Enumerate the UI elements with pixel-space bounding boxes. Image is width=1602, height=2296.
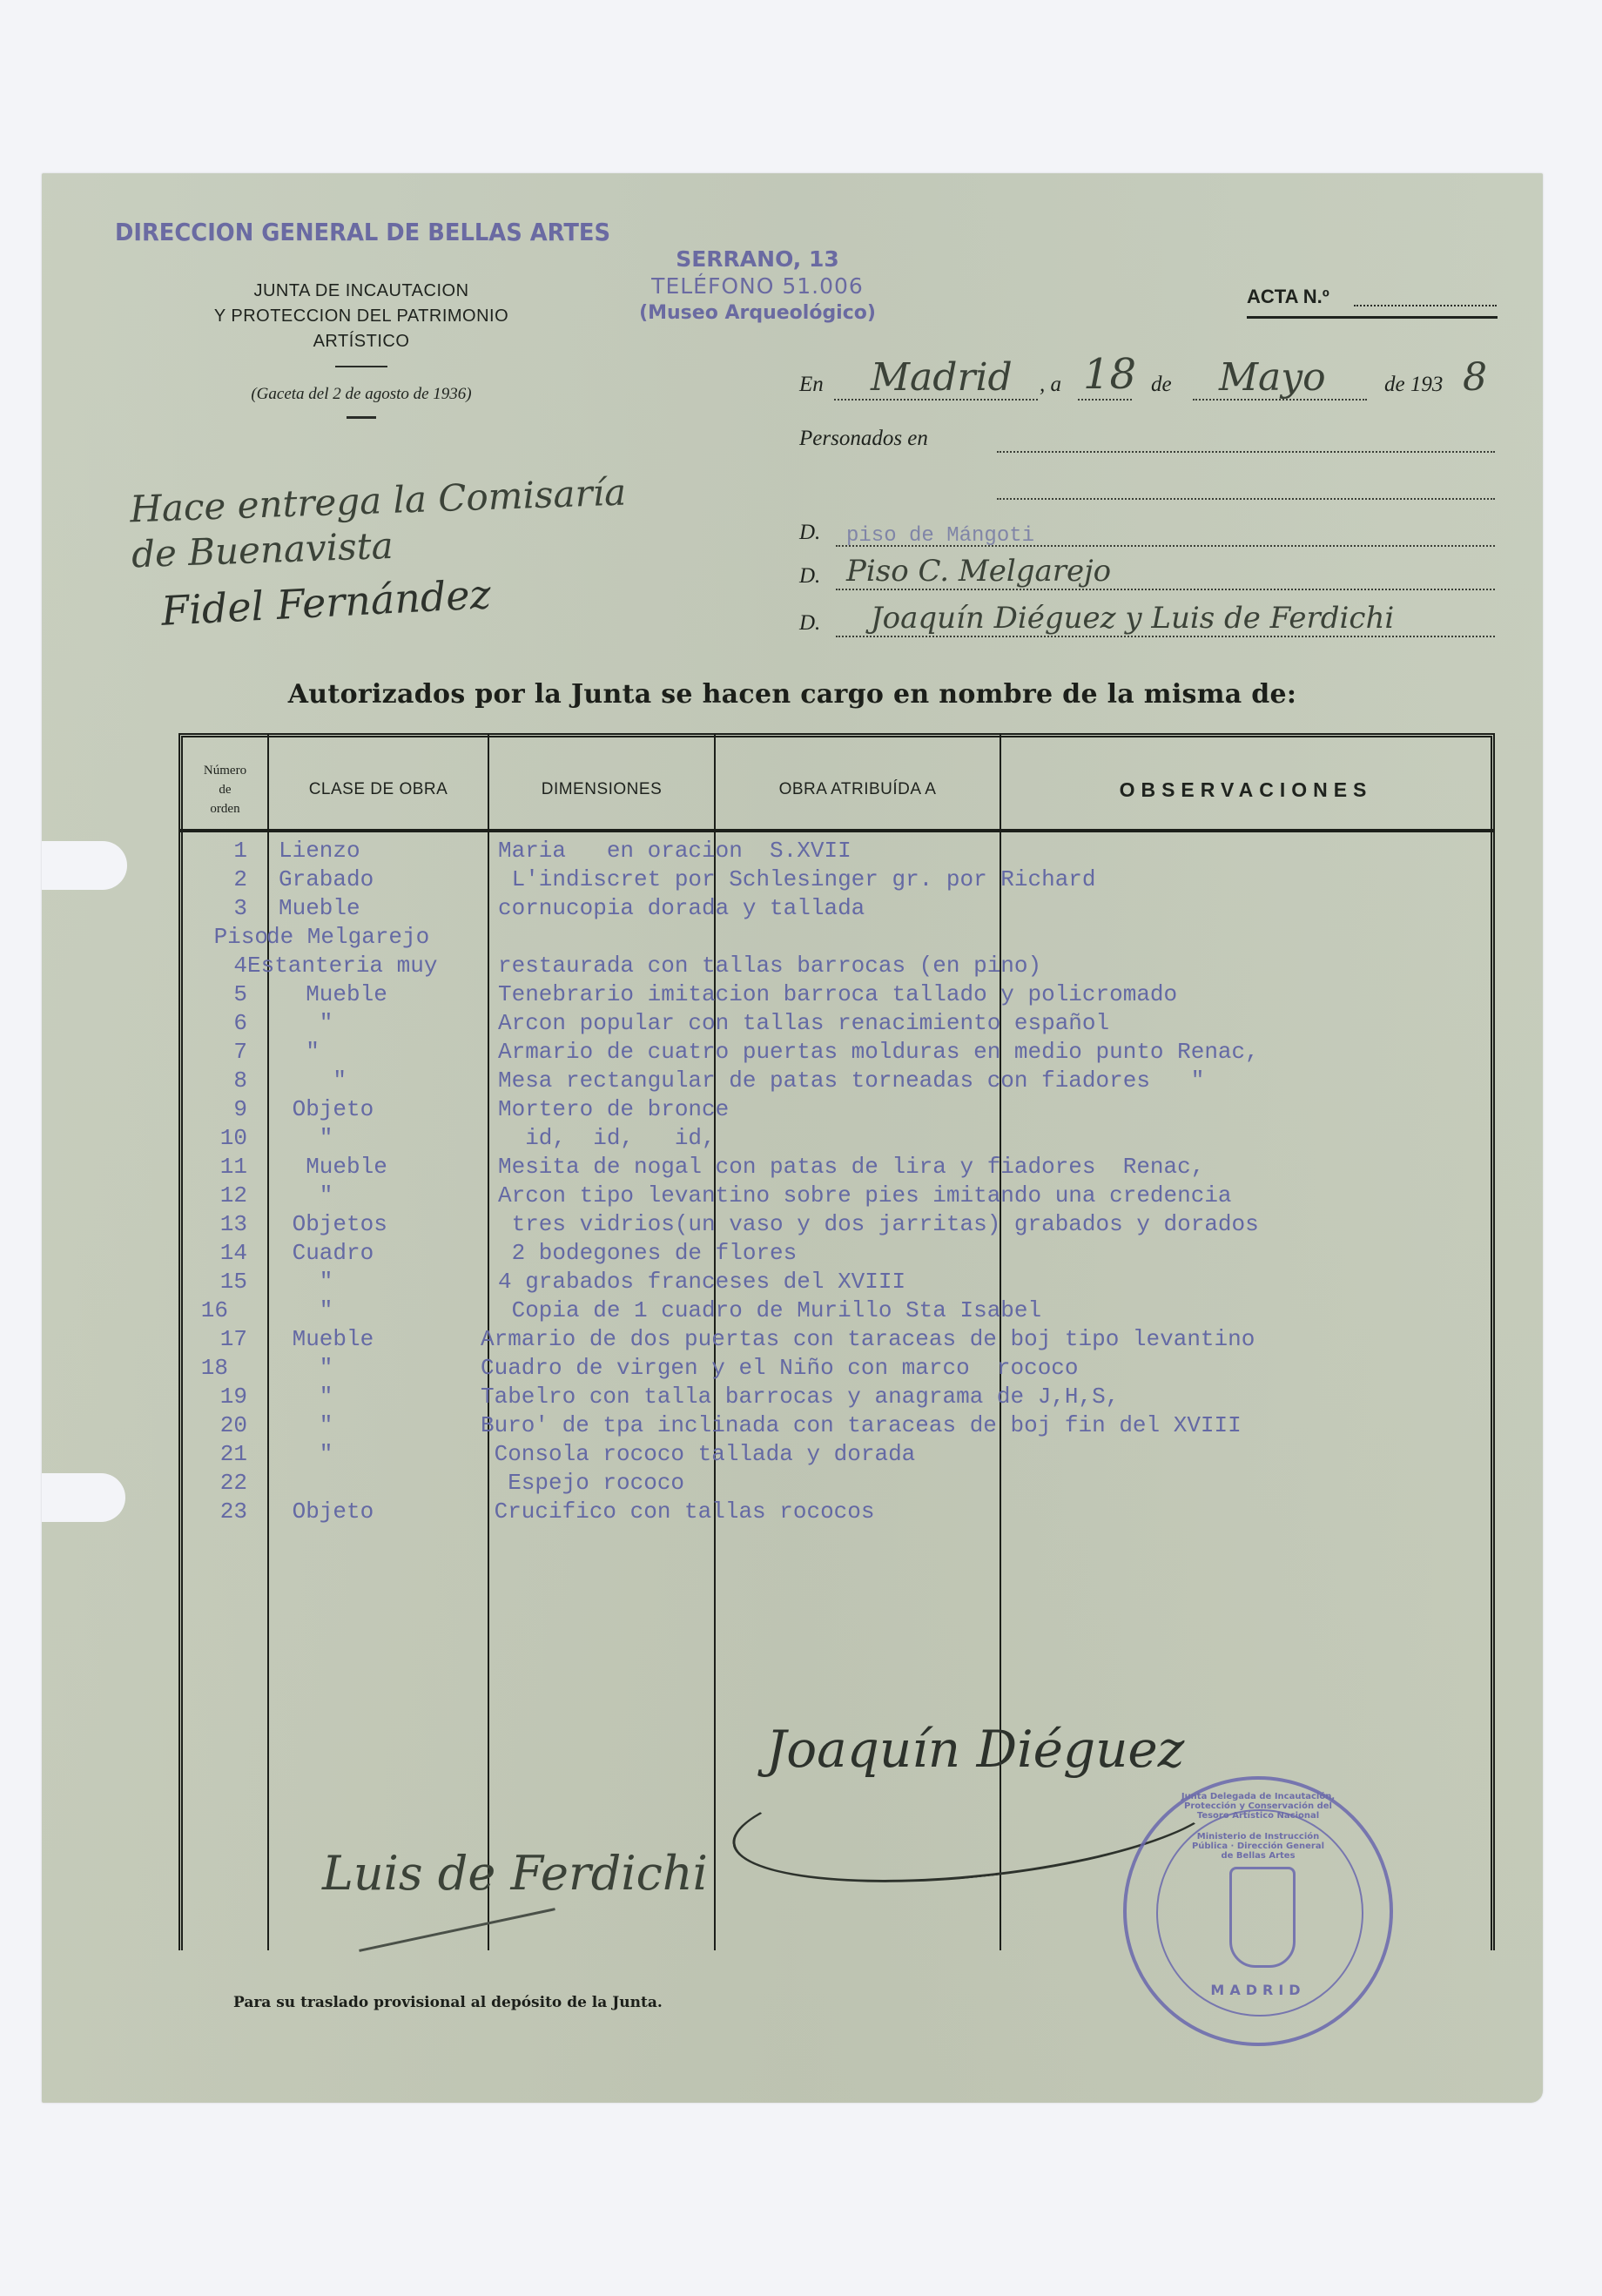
month-field[interactable]: Mayo	[1219, 355, 1326, 400]
year-label: de 193	[1384, 373, 1443, 397]
personados-field[interactable]	[997, 451, 1495, 453]
coat-of-arms-icon	[1229, 1867, 1296, 1968]
letterhead: JUNTA DE INCAUTACION Y PROTECCION DEL PA…	[183, 279, 540, 354]
letterhead-line-3: ARTÍSTICO	[183, 329, 540, 354]
address-line-3: (Museo Arqueológico)	[609, 300, 905, 327]
official-seal: Junta Delegada de Incautación, Protecció…	[1123, 1776, 1393, 2046]
seal-inner-text: Ministerio de Instrucción Pública · Dire…	[1127, 1832, 1390, 1861]
letterhead-line-2: Y PROTECCION DEL PATRIMONIO	[183, 304, 540, 329]
party-3-label: D.	[799, 611, 820, 636]
column-divider	[267, 733, 269, 1950]
acta-label: ACTA N.º	[1247, 286, 1329, 308]
day-field[interactable]: 18	[1083, 350, 1136, 399]
header-stamp: DIRECCION GENERAL DE BELLAS ARTES	[115, 218, 610, 246]
header-clase-de-obra: CLASE DE OBRA	[269, 751, 488, 829]
party-2-line	[836, 589, 1495, 590]
address-stamp: SERRANO, 13 TELÉFONO 51.006 (Museo Arque…	[609, 246, 905, 327]
seal-city: MADRID	[1127, 1982, 1390, 1998]
header-obra-atribuida: OBRA ATRIBUÍDA A	[716, 751, 1000, 829]
punch-hole	[42, 841, 127, 890]
ornament-icon	[347, 416, 376, 426]
punch-hole	[42, 1473, 125, 1522]
personados-field-line-2[interactable]	[997, 498, 1495, 500]
seal-outer-text: Junta Delegada de Incautación, Protecció…	[1127, 1792, 1390, 1821]
letterhead-line-1: JUNTA DE INCAUTACION	[183, 279, 540, 304]
header-observaciones: OBSERVACIONES	[1001, 751, 1491, 829]
de-label: de	[1151, 373, 1172, 397]
header-rule	[178, 829, 1495, 832]
party-3-field[interactable]: Joaquín Diéguez y Luis de Ferdichi	[871, 601, 1394, 636]
party-2-label: D.	[799, 564, 820, 589]
en-label: En	[799, 373, 824, 397]
party-1-field[interactable]: piso de Mángoti	[846, 524, 1034, 548]
year-digit-field[interactable]: 8	[1463, 355, 1487, 400]
address-line-1: SERRANO, 13	[609, 246, 905, 273]
a-label: , a	[1040, 373, 1061, 397]
address-line-2: TELÉFONO 51.006	[609, 273, 905, 300]
gaceta-reference: (Gaceta del 2 de agosto de 1936)	[174, 385, 549, 404]
acta-number-field[interactable]	[1354, 305, 1497, 306]
party-3-line	[836, 636, 1495, 637]
header-dimensiones: DIMENSIONES	[489, 751, 714, 829]
authorization-heading: Autorizados por la Junta se hacen cargo …	[174, 679, 1410, 710]
header-numero-de-orden: Número de orden	[183, 751, 267, 829]
personados-label: Personados en	[799, 427, 928, 451]
signature-left: Luis de Ferdichi	[322, 1846, 708, 1901]
day-field-line	[1078, 399, 1132, 401]
footer-note: Para su traslado provisional al depósito…	[233, 1994, 663, 2011]
letterhead-divider	[335, 366, 387, 367]
party-2-field[interactable]: Piso C. Melgarejo	[846, 554, 1111, 589]
party-1-label: D.	[799, 521, 820, 545]
acta-underline	[1247, 316, 1498, 319]
place-field[interactable]: Madrid	[871, 355, 1013, 400]
